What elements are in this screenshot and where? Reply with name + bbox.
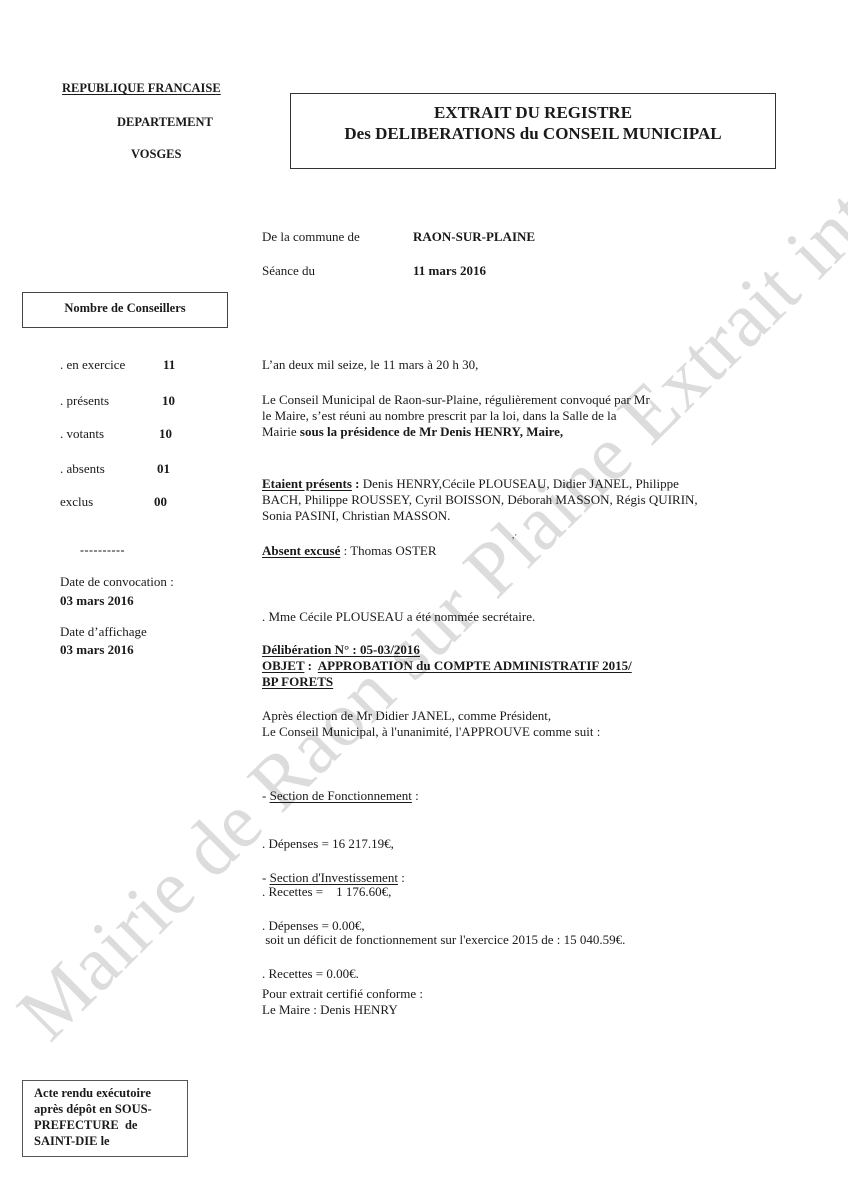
investissement-prefix: - [262,870,270,885]
objet-sep: : [304,658,317,673]
objet-value-2: BP FORETS [262,674,632,690]
absent-label: Absent excusé [262,543,340,558]
secretary-line: . Mme Cécile PLOUSEAU a été nommée secré… [262,609,535,625]
presents-line-3: Sonia PASINI, Christian MASSON. [262,508,698,524]
affichage-date: 03 mars 2016 [60,642,134,658]
opening-line: L’an deux mil seize, le 11 mars à 20 h 3… [262,357,478,373]
count-label-votants: . votants [60,426,104,442]
investissement-recettes: . Recettes = 0.00€. [262,966,405,982]
seance-value: 11 mars 2016 [413,263,486,279]
council-line-3-text: Mairie [262,424,300,439]
conseillers-box: Nombre de Conseillers [22,292,228,328]
republique-heading: REPUBLIQUE FRANCAISE [62,81,221,96]
signature-line: Le Maire : Denis HENRY [262,1002,423,1018]
presents-sep: : [352,476,363,491]
deliberation-number: Délibération N° : 05-03/2016 [262,642,632,658]
count-value-exercice: 11 [163,357,175,373]
absent-line: Absent excusé : Thomas OSTER [262,543,437,559]
count-value-absents: 01 [157,461,170,477]
investissement-title: Section d'Investissement [270,870,398,885]
presents-line-2: BACH, Philippe ROUSSEY, Cyril BOISSON, D… [262,492,698,508]
presidence-text: sous la présidence de Mr Denis HENRY, Ma… [300,424,563,439]
certification-line: Pour extrait certifié conforme : [262,986,423,1002]
approval-line: Le Conseil Municipal, à l'unanimité, l'A… [262,724,600,740]
presents-line-1: Etaient présents : Denis HENRY,Cécile PL… [262,476,698,492]
convocation-label: Date de convocation : [60,574,174,590]
council-paragraph: Le Conseil Municipal de Raon-sur-Plaine,… [262,392,650,440]
stray-mark: ,· [512,530,517,540]
title-box: EXTRAIT DU REGISTRE Des DELIBERATIONS du… [290,93,776,169]
presents-paragraph: Etaient présents : Denis HENRY,Cécile PL… [262,476,698,524]
count-label-exercice: . en exercice [60,357,125,373]
count-value-presents: 10 [162,393,175,409]
deliberation-block: Délibération N° : 05-03/2016 OBJET : APP… [262,642,632,690]
executoire-line-1: Acte rendu exécutoire [34,1085,187,1101]
executoire-line-4: SAINT-DIE le [34,1133,187,1149]
council-line-3: Mairie sous la présidence de Mr Denis HE… [262,424,650,440]
investissement-depenses: . Dépenses = 0.00€, [262,918,405,934]
fonctionnement-title-line: - Section de Fonctionnement : [262,788,625,804]
executoire-box: Acte rendu exécutoire après dépôt en SOU… [22,1080,188,1157]
title-line-1: EXTRAIT DU REGISTRE [291,103,775,123]
affichage-label: Date d’affichage [60,624,147,640]
objet-label: OBJET [262,658,304,673]
seance-label: Séance du [262,263,315,279]
fonctionnement-title: Section de Fonctionnement [270,788,412,803]
executoire-line-2: après dépôt en SOUS- [34,1101,187,1117]
objet-line: OBJET : APPROBATION du COMPTE ADMINISTRA… [262,658,632,674]
council-line-2: le Maire, s’est réuni au nombre prescrit… [262,408,650,424]
absent-value: : Thomas OSTER [340,543,436,558]
count-label-exclus: exclus [60,494,93,510]
presents-names-1: Denis HENRY,Cécile PLOUSEAU, Didier JANE… [363,476,679,491]
election-line: Après élection de Mr Didier JANEL, comme… [262,708,600,724]
certification-block: Pour extrait certifié conforme : Le Mair… [262,986,423,1018]
document-page: REPUBLIQUE FRANCAISE DEPARTEMENT VOSGES … [0,0,848,1200]
count-label-absents: . absents [60,461,105,477]
council-line-1: Le Conseil Municipal de Raon-sur-Plaine,… [262,392,650,408]
investissement-title-line: - Section d'Investissement : [262,870,405,886]
commune-value: RAON-SUR-PLAINE [413,229,535,245]
objet-value: APPROBATION du COMPTE ADMINISTRATIF 2015… [318,658,632,673]
separator: ---------- [80,543,125,558]
presents-label: Etaient présents [262,476,352,491]
investissement-suffix: : [398,870,405,885]
convocation-date: 03 mars 2016 [60,593,134,609]
fonctionnement-suffix: : [412,788,419,803]
count-value-votants: 10 [159,426,172,442]
departement-label: DEPARTEMENT [117,115,213,130]
departement-name: VOSGES [131,147,181,162]
conseillers-box-title: Nombre de Conseillers [64,301,185,315]
commune-label: De la commune de [262,229,360,245]
executoire-line-3: PREFECTURE de [34,1117,187,1133]
title-line-2: Des DELIBERATIONS du CONSEIL MUNICIPAL [291,124,775,144]
count-value-exclus: 00 [154,494,167,510]
fonctionnement-prefix: - [262,788,270,803]
approval-paragraph: Après élection de Mr Didier JANEL, comme… [262,708,600,740]
count-label-presents: . présents [60,393,109,409]
